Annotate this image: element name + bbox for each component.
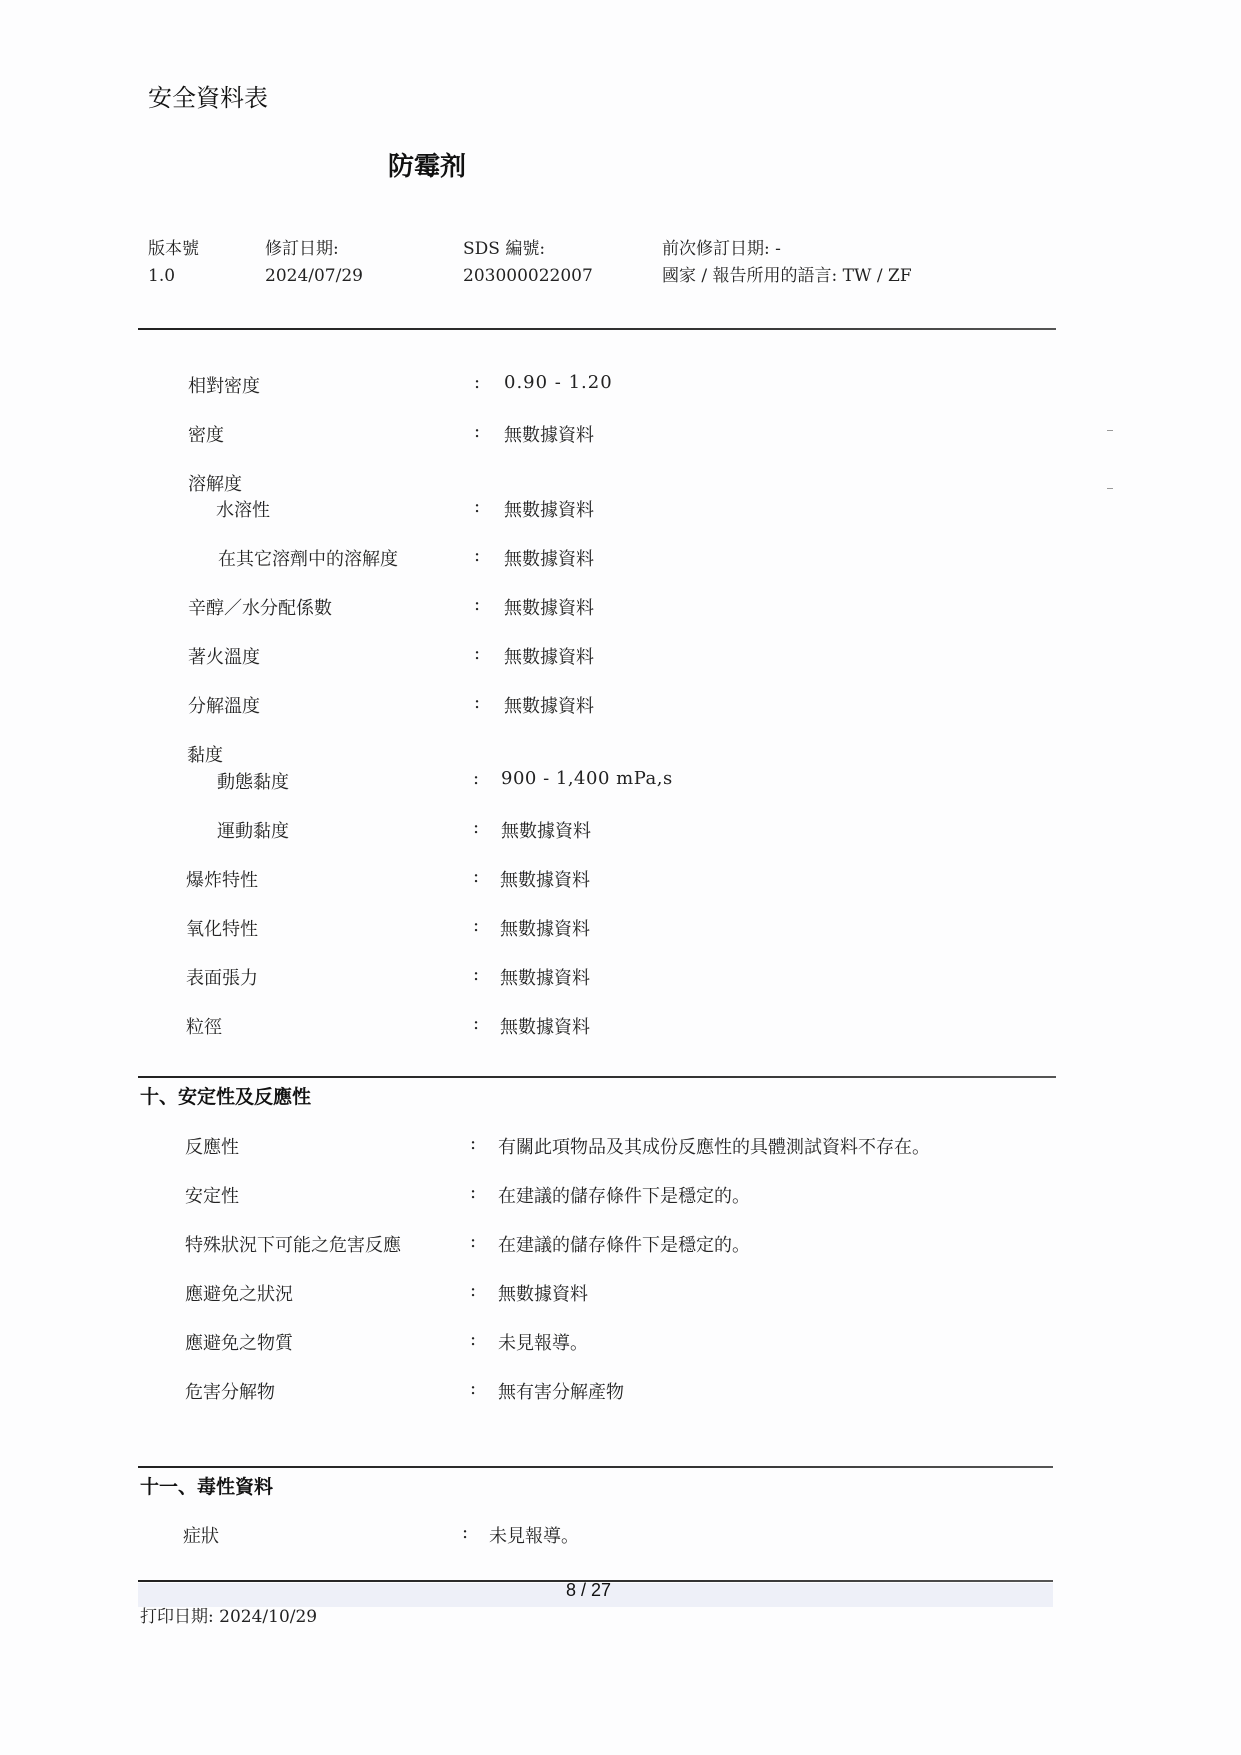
property-label: 辛醇／水分配係數 [188, 594, 332, 620]
section-11-heading: 十一、毒性資料 [140, 1472, 273, 1499]
toxicity-value: 未見報導。 [489, 1522, 579, 1548]
property-value: 無數據資料 [504, 545, 594, 571]
version-value: 1.0 [148, 263, 199, 290]
property-value: 900 - 1,400 mPa,s [501, 768, 673, 789]
property-label: 溶解度 [188, 470, 242, 496]
property-label: 氧化特性 [186, 915, 258, 941]
property-value: 無數據資料 [504, 421, 594, 447]
stability-value: 無有害分解產物 [498, 1378, 624, 1404]
stability-value: 有關此項物品及其成份反應性的具體測試資料不存在。 [498, 1133, 930, 1159]
colon: : [470, 1329, 476, 1350]
scan-artifact [1107, 430, 1113, 431]
header-revision-date: 修訂日期: 2024/07/29 [265, 236, 363, 290]
version-label: 版本號 [148, 236, 199, 263]
stability-value: 未見報導。 [498, 1329, 588, 1355]
property-label: 著火溫度 [188, 643, 260, 669]
stability-label: 反應性 [185, 1133, 239, 1159]
colon: : [470, 1133, 476, 1154]
property-value: 無數據資料 [501, 817, 591, 843]
colon: : [470, 1231, 476, 1252]
colon: : [473, 817, 479, 838]
print-date: 打印日期: 2024/10/29 [140, 1602, 317, 1627]
toxicity-label: 症狀 [183, 1522, 219, 1548]
stability-value: 無數據資料 [498, 1280, 588, 1306]
colon: : [462, 1522, 468, 1543]
colon: : [474, 643, 480, 664]
colon: : [470, 1280, 476, 1301]
stability-label: 危害分解物 [185, 1378, 275, 1404]
property-label: 動態黏度 [217, 768, 289, 794]
country-language-label: 國家 / 報告所用的語言: TW / ZF [662, 263, 912, 290]
stability-label: 安定性 [185, 1182, 239, 1208]
colon: : [470, 1182, 476, 1203]
property-value: 無數據資料 [504, 594, 594, 620]
stability-label: 應避免之狀況 [185, 1280, 293, 1306]
stability-label: 特殊狀況下可能之危害反應 [185, 1231, 401, 1257]
revision-date-value: 2024/07/29 [265, 263, 363, 290]
header-sds-number: SDS 編號: 203000022007 [463, 236, 593, 290]
property-label: 水溶性 [216, 496, 270, 522]
sds-number-value: 203000022007 [463, 263, 593, 290]
scan-artifact [1107, 488, 1113, 489]
header-previous-revision: 前次修訂日期: - 國家 / 報告所用的語言: TW / ZF [662, 236, 912, 290]
property-label: 爆炸特性 [186, 866, 258, 892]
property-label: 分解溫度 [188, 692, 260, 718]
property-value: 無數據資料 [500, 866, 590, 892]
colon: : [473, 915, 479, 936]
property-value: 無數據資料 [504, 692, 594, 718]
property-value: 無數據資料 [504, 496, 594, 522]
section-11-divider [138, 1466, 1053, 1468]
property-label: 黏度 [187, 741, 223, 767]
property-label: 表面張力 [186, 964, 258, 990]
page-number: 8 / 27 [566, 1580, 611, 1601]
header-divider [138, 328, 1056, 330]
property-label: 在其它溶劑中的溶解度 [218, 545, 398, 571]
property-value: 0.90 - 1.20 [504, 372, 613, 393]
stability-value: 在建議的儲存條件下是穩定的。 [498, 1231, 750, 1257]
colon: : [474, 372, 480, 393]
colon: : [473, 866, 479, 887]
colon: : [474, 545, 480, 566]
previous-revision-label: 前次修訂日期: - [662, 236, 912, 263]
sds-number-label: SDS 編號: [463, 236, 593, 263]
colon: : [474, 496, 480, 517]
property-label: 粒徑 [186, 1013, 222, 1039]
property-value: 無數據資料 [504, 643, 594, 669]
stability-label: 應避免之物質 [185, 1329, 293, 1355]
colon: : [474, 692, 480, 713]
property-value: 無數據資料 [500, 1013, 590, 1039]
stability-value: 在建議的儲存條件下是穩定的。 [498, 1182, 750, 1208]
property-value: 無數據資料 [500, 964, 590, 990]
section-10-heading: 十、安定性及反應性 [140, 1082, 311, 1109]
colon: : [474, 421, 480, 442]
revision-date-label: 修訂日期: [265, 236, 363, 263]
header-version: 版本號 1.0 [148, 236, 199, 290]
section-10-divider [138, 1076, 1056, 1078]
property-label: 運動黏度 [217, 817, 289, 843]
property-label: 密度 [188, 421, 224, 447]
colon: : [470, 1378, 476, 1399]
colon: : [473, 964, 479, 985]
colon: : [473, 768, 479, 789]
property-value: 無數據資料 [500, 915, 590, 941]
colon: : [473, 1013, 479, 1034]
document-type: 安全資料表 [148, 78, 268, 113]
product-title: 防霉剂 [388, 146, 466, 183]
property-label: 相對密度 [188, 372, 260, 398]
colon: : [474, 594, 480, 615]
